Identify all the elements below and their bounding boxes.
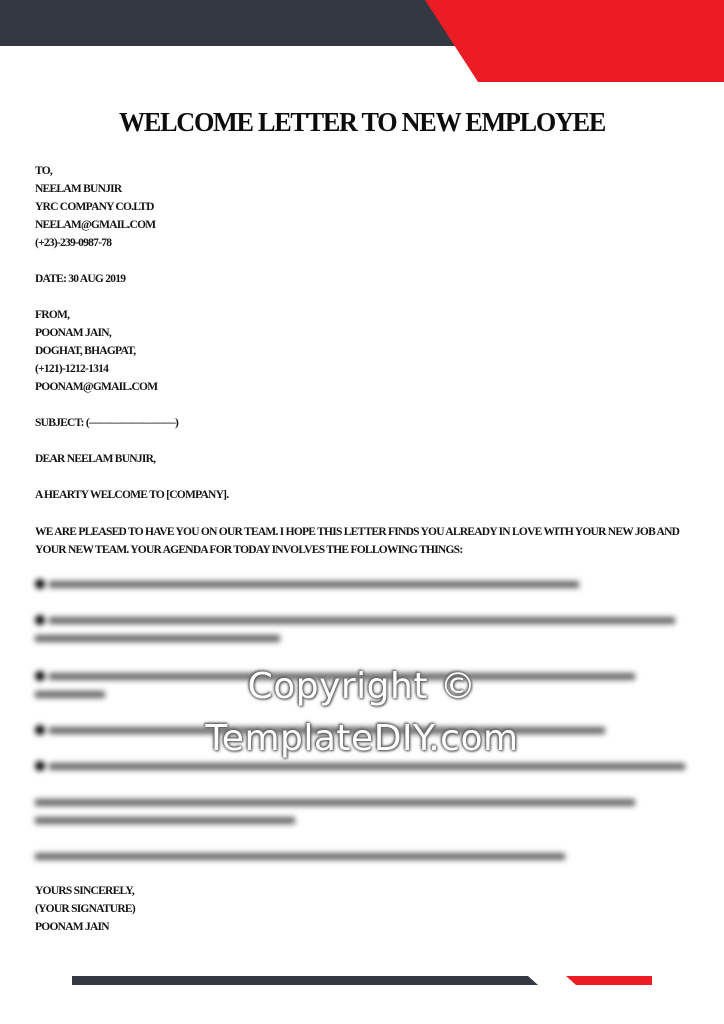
- intro-paragraph: WE ARE PLEASED TO HAVE YOU ON OUR TEAM. …: [35, 523, 695, 559]
- closing-paragraph-redacted: [35, 798, 635, 807]
- recipient-name: NEELAM BUNJIR: [35, 183, 121, 195]
- footer-dark-bar: [72, 976, 538, 985]
- recipient-email: NEELAM@GMAIL.COM: [35, 219, 155, 231]
- recipient-company: YRC COMPANY CO.LTD: [35, 201, 154, 213]
- closing-paragraph-redacted: [35, 852, 565, 861]
- agenda-item-redacted-continued: [35, 634, 280, 643]
- recipient-phone: (+23)-239-0987-78: [35, 237, 111, 249]
- closing-phrase: YOURS SINCERELY,: [35, 885, 134, 897]
- letter-date: DATE: 30 AUG 2019: [35, 273, 125, 285]
- sender-email: POONAM@GMAIL.COM: [35, 381, 157, 393]
- agenda-item-redacted: [35, 580, 565, 589]
- closing-paragraph-redacted: [35, 816, 295, 825]
- sender-address: DOGHAT, BHAGPAT,: [35, 345, 135, 357]
- sender-label: FROM,: [35, 309, 69, 321]
- agenda-item-redacted: [35, 762, 685, 771]
- bullet-icon: [35, 615, 45, 625]
- subject-line: SUBJECT: (————————): [35, 417, 178, 429]
- footer-red-bar: [566, 976, 652, 985]
- signer-name: POONAM JAIN: [35, 921, 109, 933]
- sender-phone: (+121)-1212-1314: [35, 363, 108, 375]
- greeting: A HEARTY WELCOME TO [COMPANY].: [35, 489, 228, 501]
- watermark-line-1: Copyright ©: [0, 666, 724, 707]
- salutation: DEAR NEELAM BUNJIR,: [35, 453, 155, 465]
- watermark-line-2: TemplateDIY.com: [0, 718, 724, 759]
- document-title: WELCOME LETTER TO NEW EMPLOYEE: [11, 107, 713, 138]
- agenda-item-redacted: [35, 616, 675, 625]
- recipient-label: TO,: [35, 165, 52, 177]
- sender-name: POONAM JAIN,: [35, 327, 111, 339]
- bullet-icon: [35, 761, 45, 771]
- signature-placeholder: (YOUR SIGNATURE): [35, 903, 135, 915]
- bullet-icon: [35, 579, 45, 589]
